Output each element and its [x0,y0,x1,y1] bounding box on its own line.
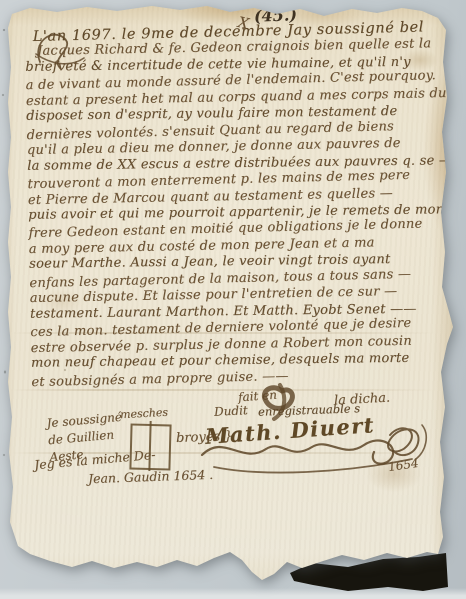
mark-label-top: mesches [120,406,169,421]
photo-background: X (45.) L'an 1697. le 9me de decembre Ja… [0,0,466,599]
manuscript-body-text: L'an 1697. le 9me de decembre Jay soussi… [25,20,452,390]
mark-label-right: broyes } [176,429,233,446]
footer-name-date: Jean. Gaudin 1654 . [88,467,214,486]
paper-shadow-wrap: X (45.) L'an 1697. le 9me de decembre Ja… [0,0,466,599]
manuscript-sheet: X (45.) L'an 1697. le 9me de decembre Ja… [2,2,454,588]
